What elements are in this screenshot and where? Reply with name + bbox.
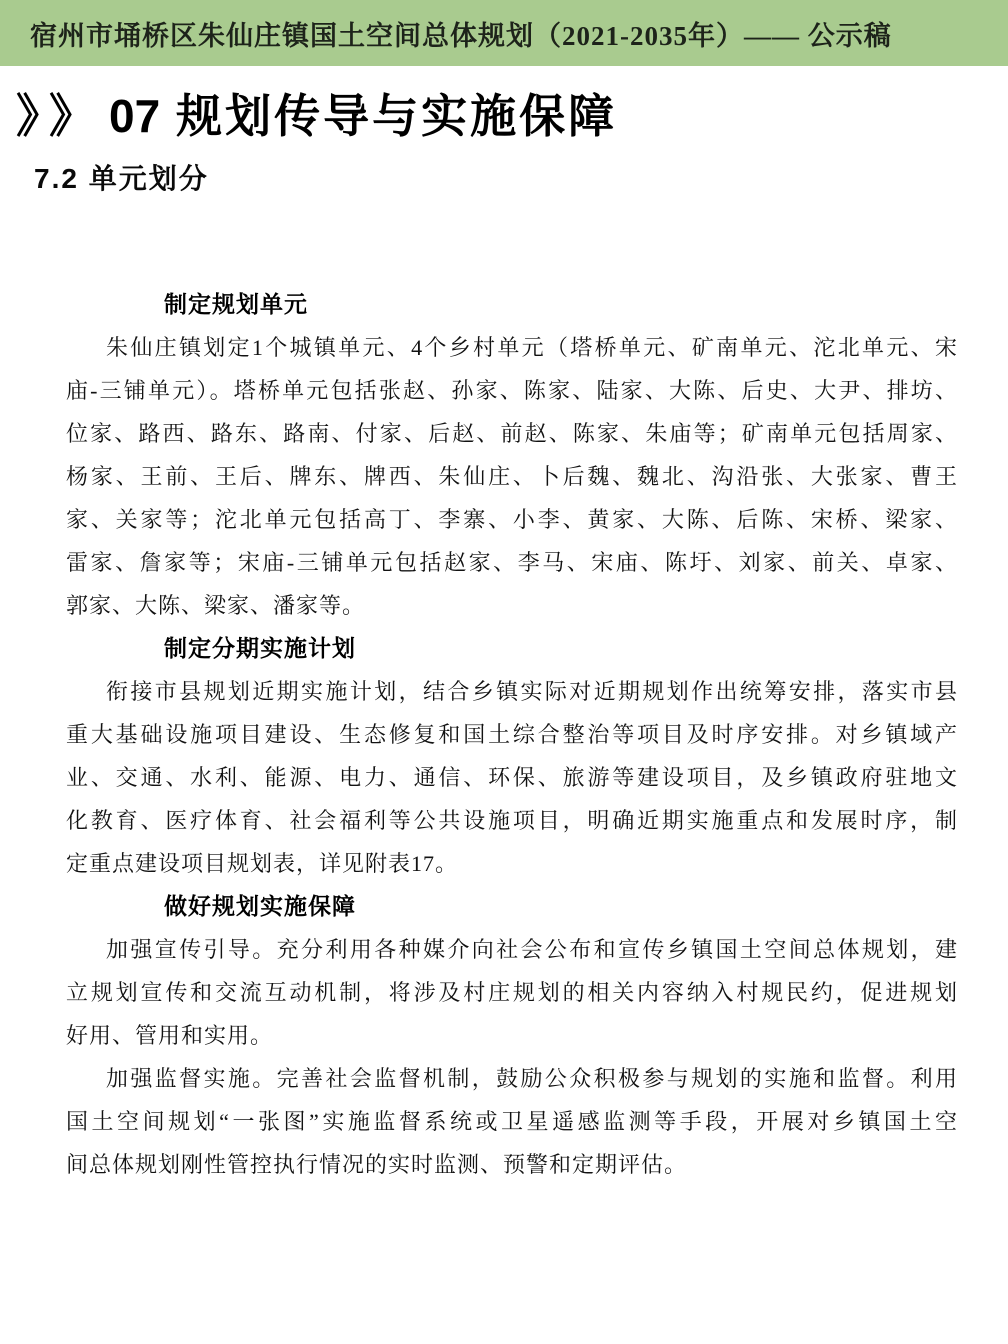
body-text-line: 加强监督实施。完善社会监督机制，鼓励公众积极参与规划的实施和监督。利用	[66, 1057, 958, 1100]
document-header-bar: 宿州市埇桥区朱仙庄镇国土空间总体规划（2021-2035年）—— 公示稿	[0, 0, 1008, 66]
chapter-title-marks: 》》	[16, 90, 105, 142]
body-text-line: 重大基础设施项目建设、生态修复和国土综合整治等项目及时序安排。对乡镇域产	[66, 713, 958, 756]
body-text-line: 朱仙庄镇划定1个城镇单元、4个乡村单元（塔桥单元、矿南单元、沱北单元、宋	[66, 326, 958, 369]
chapter-title: 》》07规划传导与实施保障	[16, 88, 1008, 144]
body-text-line: 杨家、王前、王后、牌东、牌西、朱仙庄、卜后魏、魏北、沟沿张、大张家、曹王	[66, 455, 958, 498]
chapter-number: 07	[109, 90, 160, 142]
body-text-line: 好用、管用和实用。	[66, 1014, 958, 1057]
body-text-line: 郭家、大陈、梁家、潘家等。	[66, 584, 958, 627]
paragraph-heading: 做好规划实施保障	[66, 885, 958, 928]
body-text-line: 雷家、詹家等；宋庙-三铺单元包括赵家、李马、宋庙、陈圩、刘家、前关、卓家、	[66, 541, 958, 584]
body-text-line: 立规划宣传和交流互动机制，将涉及村庄规划的相关内容纳入村规民约，促进规划	[66, 971, 958, 1014]
body-text-line: 庙-三铺单元）。塔桥单元包括张赵、孙家、陈家、陆家、大陈、后史、大尹、排坊、	[66, 369, 958, 412]
body-text-line: 国土空间规划“一张图”实施监督系统或卫星遥感监测等手段，开展对乡镇国土空	[66, 1100, 958, 1143]
document-header-title: 宿州市埇桥区朱仙庄镇国土空间总体规划（2021-2035年）—— 公示稿	[30, 14, 892, 53]
paragraph-heading: 制定分期实施计划	[66, 627, 958, 670]
body-text-line: 定重点建设项目规划表，详见附表17。	[66, 842, 958, 885]
body-text-line: 衔接市县规划近期实施计划，结合乡镇实际对近期规划作出统筹安排，落实市县	[66, 670, 958, 713]
body-text-line: 业、交通、水利、能源、电力、通信、环保、旅游等建设项目，及乡镇政府驻地文	[66, 756, 958, 799]
body-text-line: 化教育、医疗体育、社会福利等公共设施项目，明确近期实施重点和发展时序，制	[66, 799, 958, 842]
paragraph-heading: 制定规划单元	[66, 283, 958, 326]
body-text-line: 加强宣传引导。充分利用各种媒介向社会公布和宣传乡镇国土空间总体规划，建	[66, 928, 958, 971]
body-text-line: 间总体规划刚性管控执行情况的实时监测、预警和定期评估。	[66, 1143, 958, 1186]
body-text-line: 位家、路西、路东、路南、付家、后赵、前赵、陈家、朱庙等；矿南单元包括周家、	[66, 412, 958, 455]
body-content: 制定规划单元朱仙庄镇划定1个城镇单元、4个乡村单元（塔桥单元、矿南单元、沱北单元…	[0, 283, 1008, 1186]
chapter-name: 规划传导与实施保障	[176, 90, 617, 142]
body-text-line: 家、关家等；沱北单元包括高丁、李寨、小李、黄家、大陈、后陈、宋桥、梁家、	[66, 498, 958, 541]
section-title: 7.2 单元划分	[34, 162, 1008, 196]
document-page: 宿州市埇桥区朱仙庄镇国土空间总体规划（2021-2035年）—— 公示稿 》》0…	[0, 0, 1008, 1344]
